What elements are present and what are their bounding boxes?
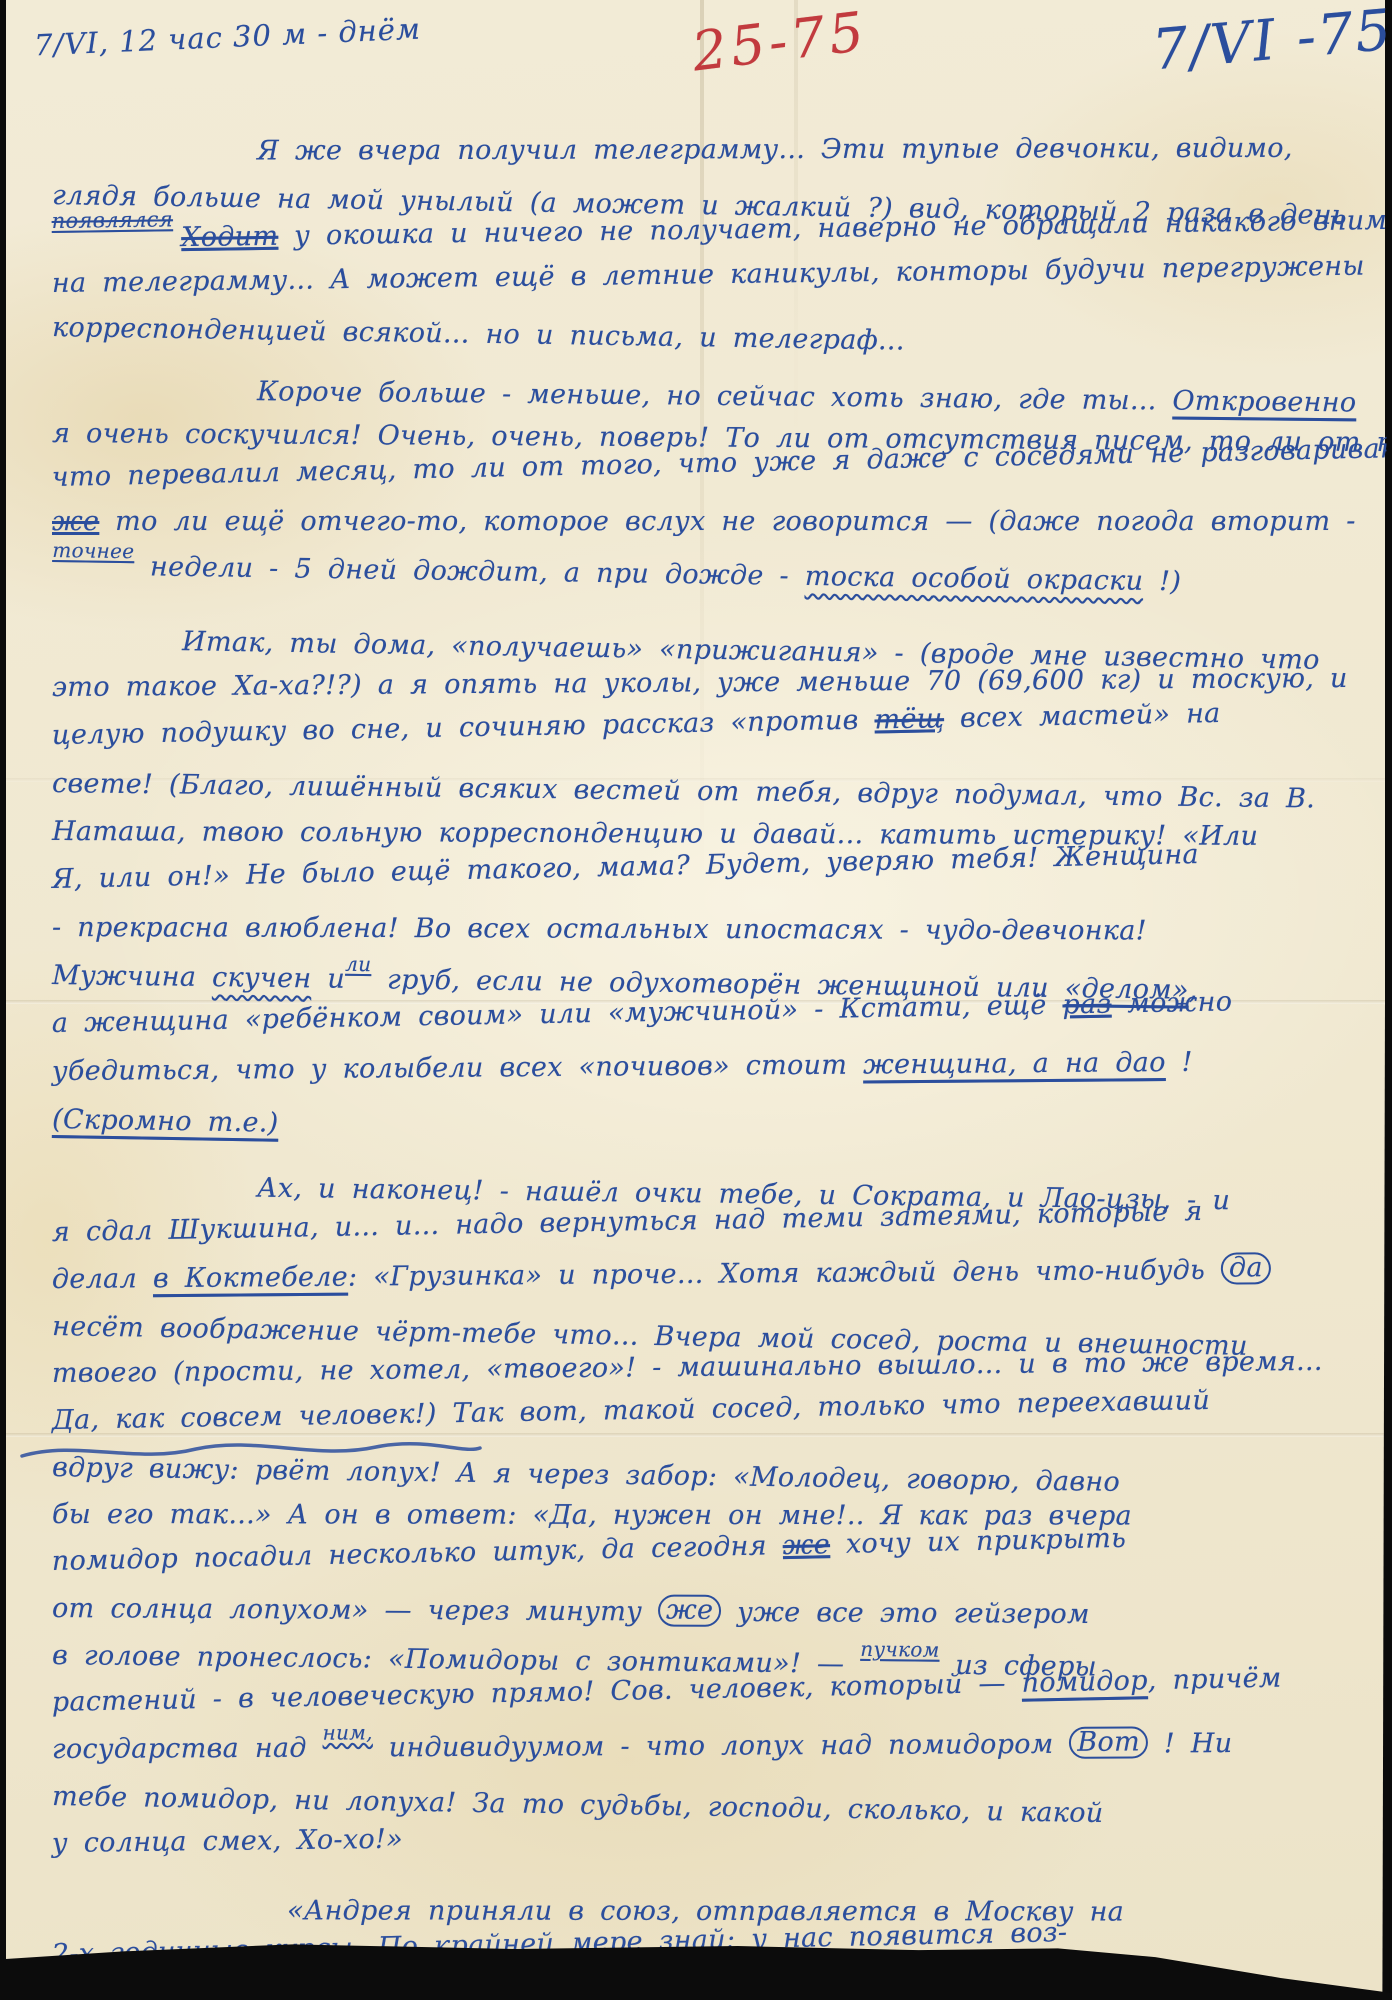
ink-text: , причём bbox=[1147, 1663, 1281, 1697]
ink-text: недели - 5 дней дождит, а при дожде - bbox=[134, 551, 805, 592]
ink-text: убедиться, что у колыбели всех «почивов»… bbox=[52, 1049, 863, 1087]
ink-text-insw: ним, bbox=[323, 1720, 373, 1744]
ink-text-u: (Скромно т.е.) bbox=[52, 1104, 279, 1139]
ink-text-circ: же bbox=[658, 1594, 721, 1627]
ink-text: государства над bbox=[52, 1733, 323, 1765]
ink-text-scribble: же bbox=[782, 1529, 830, 1561]
ink-text: корреспонденцией всякой... но и письма, … bbox=[52, 312, 905, 357]
paragraph: Ах, и наконец! - нашёл очки тебе, и Сокр… bbox=[52, 1170, 1382, 1875]
ink-text-u: помидор bbox=[1021, 1665, 1148, 1699]
ink-text-scribble: тёщ bbox=[874, 703, 944, 735]
ink-text-circ: Вот bbox=[1069, 1726, 1148, 1759]
ink-text: и bbox=[311, 963, 345, 994]
ink-text: то ли ещё отчего-то, которое вслух не го… bbox=[99, 506, 1355, 537]
ink-text: !) bbox=[1143, 566, 1181, 598]
handwriting-line: от солнца лопухом» — через минуту же уже… bbox=[52, 1593, 1382, 1648]
ink-text-uw: скучен bbox=[212, 962, 312, 994]
ink-text: ! Ни bbox=[1148, 1728, 1233, 1759]
ink-text-circ: да bbox=[1221, 1252, 1271, 1285]
ink-text-scratch: появлялся bbox=[51, 207, 173, 233]
ink-text: Мужчина bbox=[52, 960, 212, 993]
ink-text: от солнца лопухом» — через минуту bbox=[52, 1593, 658, 1627]
scan-edge-left bbox=[0, 0, 6, 2000]
handwriting-line: (Скромно т.е.) bbox=[52, 1104, 1383, 1174]
paragraph: Короче больше - меньше, но сейчас хоть з… bbox=[52, 374, 1382, 594]
ink-text: : «Грузинка» и проче... Хотя каждый день… bbox=[348, 1255, 1221, 1293]
ink-text: хочу их прикрыть bbox=[830, 1523, 1127, 1560]
ink-text: индивидуумом - что лопух над помидором bbox=[373, 1729, 1070, 1764]
ink-text: свете! (Благо, лишённый всяких вестей от… bbox=[52, 768, 1315, 814]
ink-text-scribble: раз bbox=[1062, 989, 1112, 1021]
handwriting-line: делал в Коктебеле: «Грузинка» и проче...… bbox=[52, 1253, 1382, 1311]
ink-text-ins: пучком bbox=[860, 1637, 940, 1662]
handwriting-line: убедиться, что у колыбели всех «почивов»… bbox=[52, 1045, 1382, 1104]
ink-text-u: в Коктебеле bbox=[153, 1262, 348, 1295]
ink-text-u: женщина, а на дао bbox=[863, 1047, 1166, 1080]
ink-text: ! bbox=[1166, 1047, 1193, 1078]
ink-text-scribble: же bbox=[52, 506, 99, 537]
ink-text-uw: тоска особой окраски bbox=[805, 561, 1144, 597]
handwriting-line: - прекрасна влюблена! Во всех остальных … bbox=[52, 912, 1382, 964]
handwriting-line: точнее недели - 5 дней дождит, а при дож… bbox=[52, 550, 1382, 613]
ink-text-ins: ли bbox=[345, 952, 372, 976]
handwriting-line: Я же вчера получил телеграмму... Эти туп… bbox=[52, 133, 1382, 180]
paragraph: Итак, ты дома, «получаешь» «прижигания» … bbox=[52, 624, 1382, 1152]
handwriting-line: государства над ним, индивидуумом - что … bbox=[52, 1727, 1382, 1781]
ink-text: можно bbox=[1111, 986, 1232, 1019]
ink-flourish bbox=[16, 1436, 486, 1466]
ink-text: - прекрасна влюблена! Во всех остальных … bbox=[52, 912, 1147, 946]
ink-text-scribble: Ходит bbox=[181, 221, 279, 253]
letter-body: Я же вчера получил телеграмму... Эти туп… bbox=[52, 136, 1382, 1983]
ink-text: Короче больше - меньше, но сейчас хоть з… bbox=[257, 376, 1173, 416]
ink-text: делал bbox=[52, 1263, 153, 1295]
ink-text: уже все это гейзером bbox=[721, 1597, 1090, 1630]
paragraph: Я же вчера получил телеграмму... Эти туп… bbox=[52, 136, 1382, 356]
handwriting-line: же то ли ещё отчего-то, которое вслух не… bbox=[52, 506, 1382, 550]
ink-text-u: Откровенно bbox=[1172, 386, 1356, 419]
ink-text: у солнца смех, Хо-хо!» bbox=[52, 1824, 403, 1859]
handwriting-line: корреспонденцией всякой... но и письма, … bbox=[52, 312, 1383, 377]
ink-text: всех мастей» на bbox=[944, 698, 1221, 734]
ink-text-ins: точнее bbox=[52, 538, 134, 563]
ink-text: Я же вчера получил телеграмму... Эти туп… bbox=[257, 133, 1293, 167]
